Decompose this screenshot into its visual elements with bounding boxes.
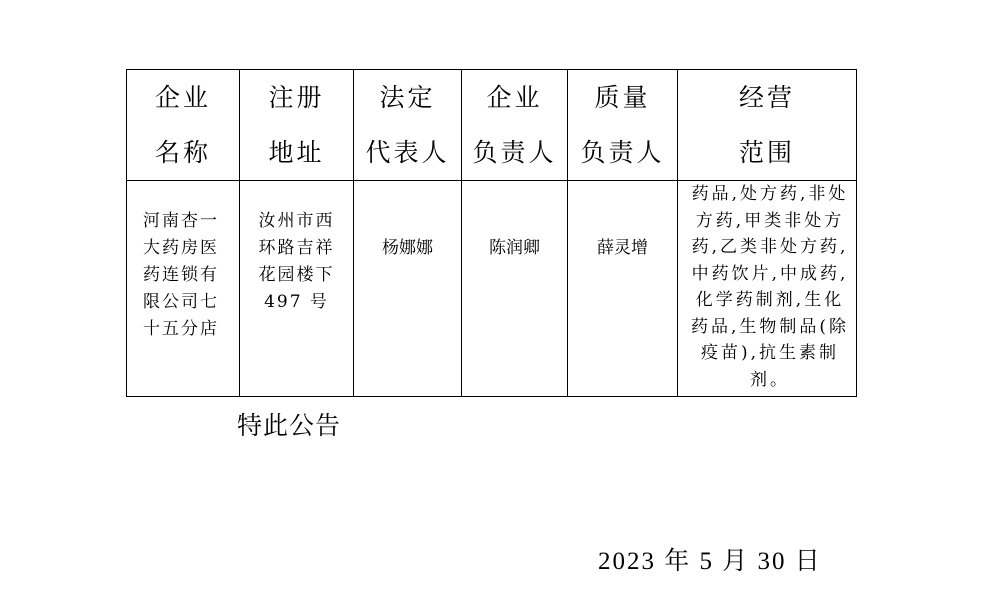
enterprise-info-table: 企业 名称 注册 地址 法定 代表人 企业 负责人 质量 负责人 经营 范围 xyxy=(126,69,857,397)
header-enterprise-head: 企业 负责人 xyxy=(462,70,568,181)
header-line: 范围 xyxy=(678,125,856,180)
enterprise-head-text: 陈润卿 xyxy=(462,181,567,262)
table-row: 河南杏一大药房医药连锁有限公司七十五分店 汝州市西环路吉祥花园楼下 497 号 … xyxy=(127,181,857,397)
header-line: 企业 xyxy=(462,70,567,125)
header-line: 名称 xyxy=(127,125,239,180)
legal-representative-text: 杨娜娜 xyxy=(354,181,461,262)
enterprise-name-text: 河南杏一大药房医药连锁有限公司七十五分店 xyxy=(143,181,223,343)
header-business-scope: 经营 范围 xyxy=(678,70,857,181)
table-header-row: 企业 名称 注册 地址 法定 代表人 企业 负责人 质量 负责人 经营 范围 xyxy=(127,70,857,181)
closing-statement: 特此公告 xyxy=(237,406,341,442)
header-legal-representative: 法定 代表人 xyxy=(354,70,462,181)
cell-business-scope: 药品,处方药,非处方药,甲类非处方药,乙类非处方药,中药饮片,中成药,化学药制剂… xyxy=(678,181,857,397)
header-quality-head: 质量 负责人 xyxy=(568,70,678,181)
cell-legal-representative: 杨娜娜 xyxy=(354,181,462,397)
cell-quality-head: 薛灵增 xyxy=(568,181,678,397)
header-line: 注册 xyxy=(240,70,353,125)
quality-head-text: 薛灵增 xyxy=(568,181,677,262)
header-registered-address: 注册 地址 xyxy=(240,70,354,181)
header-line: 代表人 xyxy=(354,125,461,180)
header-line: 法定 xyxy=(354,70,461,125)
registered-address-text: 汝州市西环路吉祥花园楼下 497 号 xyxy=(256,181,338,316)
header-line: 地址 xyxy=(240,125,353,180)
cell-enterprise-head: 陈润卿 xyxy=(462,181,568,397)
cell-enterprise-name: 河南杏一大药房医药连锁有限公司七十五分店 xyxy=(127,181,240,397)
header-line: 负责人 xyxy=(568,125,677,180)
header-line: 企业 xyxy=(127,70,239,125)
header-line: 负责人 xyxy=(462,125,567,180)
business-scope-text: 药品,处方药,非处方药,甲类非处方药,乙类非处方药,中药饮片,中成药,化学药制剂… xyxy=(678,181,856,393)
header-line: 经营 xyxy=(678,70,856,125)
header-enterprise-name: 企业 名称 xyxy=(127,70,240,181)
notice-date: 2023 年 5 月 30 日 xyxy=(598,541,822,577)
header-line: 质量 xyxy=(568,70,677,125)
cell-registered-address: 汝州市西环路吉祥花园楼下 497 号 xyxy=(240,181,354,397)
